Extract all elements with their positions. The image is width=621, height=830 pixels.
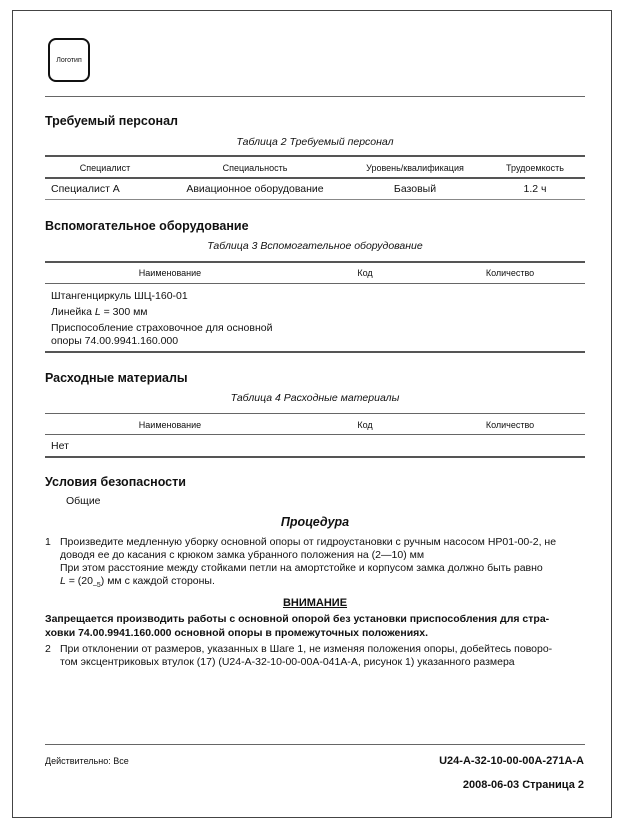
warning-title: ВНИМАНИЕ <box>45 597 585 609</box>
col-header-code: Код <box>295 268 435 278</box>
table-top-rule <box>45 155 585 157</box>
col-header-name: Наименование <box>45 268 295 278</box>
col-header-specialty: Специальность <box>165 163 345 173</box>
table-cell: Штангенциркуль ШЦ-160-01 <box>51 290 188 302</box>
table-bottom-rule <box>45 199 585 200</box>
safety-general: Общие <box>66 495 101 507</box>
col-header-quantity: Количество <box>435 268 585 278</box>
table-header-rule <box>45 283 585 284</box>
warning-text: Запрещается производить работы с основно… <box>45 612 590 640</box>
col-header-name: Наименование <box>45 420 295 430</box>
col-header-quantity: Количество <box>435 420 585 430</box>
table-bottom-rule <box>45 456 585 458</box>
table-top-rule <box>45 261 585 263</box>
table-header-rule <box>45 434 585 435</box>
table-cell: Базовый <box>345 183 485 195</box>
col-header-specialist: Специалист <box>45 163 165 173</box>
table-cell: Авиационное оборудование <box>165 183 345 195</box>
document-page <box>12 10 612 818</box>
table-cell: Приспособление страховочное для основной <box>51 322 272 334</box>
table-cell: Нет <box>51 440 69 452</box>
footer-doc-code: U24-A-32-10-00-00A-271A-A <box>300 755 584 767</box>
logo-placeholder: Логотип <box>48 38 90 82</box>
section-heading-safety: Условия безопасности <box>45 475 186 489</box>
footer-divider <box>45 744 585 745</box>
col-header-labor: Трудоемкость <box>485 163 585 173</box>
col-header-level: Уровень/квалификация <box>345 163 485 173</box>
header-divider <box>45 96 585 97</box>
table-caption-consumables: Таблица 4 Расходные материалы <box>45 392 585 404</box>
table-caption-personnel: Таблица 2 Требуемый персонал <box>45 136 585 148</box>
procedure-step-2: При отклонении от размеров, указанных в … <box>60 643 590 669</box>
logo-label: Логотип <box>56 57 82 64</box>
table-bottom-rule <box>45 351 585 353</box>
table-cell: Специалист А <box>51 183 120 195</box>
table-cell: Линейка L = 300 мм <box>51 306 148 318</box>
table-cell: опоры 74.00.9941.160.000 <box>51 335 178 347</box>
procedure-step-1: Произведите медленную уборку основной оп… <box>60 536 590 592</box>
col-header-code: Код <box>295 420 435 430</box>
section-heading-personnel: Требуемый персонал <box>45 114 178 128</box>
procedure-title: Процедура <box>45 515 585 529</box>
table-caption-equipment: Таблица 3 Вспомогательное оборудование <box>45 240 585 252</box>
section-heading-consumables: Расходные материалы <box>45 371 188 385</box>
step-number: 1 <box>45 536 51 549</box>
table-header-rule <box>45 177 585 179</box>
footer-validity: Действительно: Все <box>45 756 129 766</box>
step-number: 2 <box>45 643 51 656</box>
section-heading-equipment: Вспомогательное оборудование <box>45 219 249 233</box>
table-cell: 1.2 ч <box>485 183 585 195</box>
footer-date-page: 2008-06-03 Страница 2 <box>300 779 584 791</box>
table-top-rule <box>45 413 585 414</box>
